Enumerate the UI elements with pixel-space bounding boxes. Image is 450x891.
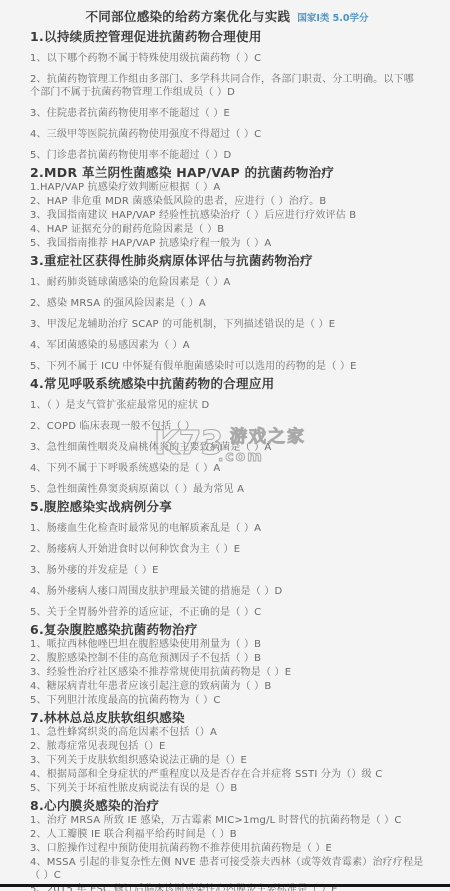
question-line: 2、HAP 非危重 MDR 菌感染低风险的患者，应进行（ ）治疗。B xyxy=(30,195,424,208)
question-line: 1.HAP/VAP 抗感染疗效判断应根据（ ）A xyxy=(30,181,424,194)
question-line: 1、（ ）是支气管扩张症最常见的症状 D xyxy=(30,399,424,412)
section: 3.重症社区获得性肺炎病原体评估与抗菌药物治疗1、耐药肺炎链球菌感染的危险因素是… xyxy=(30,250,424,373)
question-line: 2、腹腔感染控制不佳的高危预测因子不包括（ ）B xyxy=(30,652,424,665)
section-heading: 2.MDR 革兰阴性菌感染 HAP/VAP 的抗菌药物治疗 xyxy=(30,165,424,180)
question-line: 3、住院患者抗菌药物使用率不能超过（ ）E xyxy=(30,107,424,120)
question-line: 5、门诊患者抗菌药物使用率不能超过（ ）D xyxy=(30,149,424,162)
question-line: 3、肠外瘘的并发症是（ ）E xyxy=(30,564,424,577)
question-line: 4、军团菌感染的易感因素为（ ）A xyxy=(30,339,424,352)
question-line: 4、MSSA 引起的非复杂性左侧 NVE 患者可接受萘夫西林（或等效青霉素）治疗… xyxy=(30,856,424,882)
question-line: 1、耐药肺炎链球菌感染的危险因素是（ ）A xyxy=(30,276,424,289)
question-line: 1、以下哪个药物不属于特殊使用级抗菌药物（ ）C xyxy=(30,52,424,65)
question-line: 2、肠瘘病人开始进食时以何种饮食为主（ ）E xyxy=(30,543,424,556)
title-row: 不同部位感染的给药方案优化与实践国家Ⅰ类 5.0学分 xyxy=(30,8,424,26)
question-line: 5、我国指南推荐 HAP/VAP 抗感染疗程一般为（ ）A xyxy=(30,237,424,250)
section-heading: 1.以持续质控管理促进抗菌药物合理使用 xyxy=(30,29,424,44)
question-line: 4、HAP 证据充分的耐药危险因素是（ ）B xyxy=(30,223,424,236)
question-line: 2、COPD 临床表现一般不包括（ ） xyxy=(30,420,424,433)
question-line: 4、根据局部和全身症状的严重程度以及是否存在合并症将 SSTI 分为（）级 C xyxy=(30,768,424,781)
section: 2.MDR 革兰阴性菌感染 HAP/VAP 的抗菌药物治疗1.HAP/VAP 抗… xyxy=(30,162,424,250)
question-line: 1、哌拉西林他唑巴坦在腹腔感染使用剂量为（ ）B xyxy=(30,638,424,651)
question-line: 5、下列关于坏疽性脓皮病说法有误的是（）B xyxy=(30,782,424,795)
section-heading: 4.常见呼吸系统感染中抗菌药物的合理应用 xyxy=(30,376,424,391)
question-line: 4、下列不属于下呼吸系统感染的是（ ）A xyxy=(30,462,424,475)
question-line: 1、急性蜂窝织炎的高危因素不包括（）A xyxy=(30,726,424,739)
exam-answer-page: 不同部位感染的给药方案优化与实践国家Ⅰ类 5.0学分 1.以持续质控管理促进抗菌… xyxy=(0,0,450,891)
question-line: 2、人工瓣膜 IE 联合利福平给药时间是（ ）B xyxy=(30,828,424,841)
section: 5.腹腔感染实战病例分享1、肠瘘血生化检查时最常见的电解质紊乱是（ ）A2、肠瘘… xyxy=(30,496,424,619)
question-line: 3、甲泼尼龙辅助治疗 SCAP 的可能机制，下列描述错误的是（ ）E xyxy=(30,318,424,331)
section-heading: 5.腹腔感染实战病例分享 xyxy=(30,499,424,514)
question-line: 4、肠外瘘病人瘘口周围皮肤护理最关键的措施是（ ）D xyxy=(30,585,424,598)
bottom-divider xyxy=(0,884,450,887)
question-line: 4、糖尿病青壮年患者应该引起注意的致病菌为（ ）B xyxy=(30,680,424,693)
section-heading: 3.重症社区获得性肺炎病原体评估与抗菌药物治疗 xyxy=(30,253,424,268)
section: 6.复杂腹腔感染抗菌药物治疗1、哌拉西林他唑巴坦在腹腔感染使用剂量为（ ）B2、… xyxy=(30,619,424,707)
question-line: 3、下列关于皮肤软组织感染说法正确的是（）E xyxy=(30,754,424,767)
question-line: 3、经验性治疗社区感染不推荐常规使用抗菌药物是（ ）E xyxy=(30,666,424,679)
section-heading: 7.林林总总皮肤软组织感染 xyxy=(30,710,424,725)
question-line: 3、口腔操作过程中预防使用抗菌药物不推荐使用抗菌药物是（ ）E xyxy=(30,842,424,855)
section-heading: 6.复杂腹腔感染抗菌药物治疗 xyxy=(30,622,424,637)
question-line: 5、关于全胃肠外营养的适应证，不正确的是（ ）C xyxy=(30,606,424,619)
section: 4.常见呼吸系统感染中抗菌药物的合理应用1、（ ）是支气管扩张症最常见的症状 D… xyxy=(30,373,424,496)
question-line: 5、下列胆汁浓度最高的抗菌药物为（ ）C xyxy=(30,694,424,707)
question-line: 1、肠瘘血生化检查时最常见的电解质紊乱是（ ）A xyxy=(30,522,424,535)
section: 8.心内膜炎感染的治疗1、治疗 MRSA 所致 IE 感染，万古霉素 MIC>1… xyxy=(30,795,424,891)
question-line: 3、我国指南建议 HAP/VAP 经验性抗感染治疗（ ）后应进行疗效评估 B xyxy=(30,209,424,222)
section: 7.林林总总皮肤软组织感染1、急性蜂窝织炎的高危因素不包括（）A2、脓毒症常见表… xyxy=(30,707,424,795)
question-sections: 1.以持续质控管理促进抗菌药物合理使用1、以下哪个药物不属于特殊使用级抗菌药物（… xyxy=(30,26,424,891)
question-line: 4、三级甲等医院抗菌药物使用强度不得超过（ ）C xyxy=(30,128,424,141)
credit-badge: 国家Ⅰ类 5.0学分 xyxy=(297,13,368,24)
section-heading: 8.心内膜炎感染的治疗 xyxy=(30,798,424,813)
question-line: 5、急性细菌性鼻窦炎病原菌以（ ）最为常见 A xyxy=(30,483,424,496)
page-title: 不同部位感染的给药方案优化与实践 xyxy=(86,9,291,24)
question-line: 1、治疗 MRSA 所致 IE 感染，万古霉素 MIC>1mg/L 时替代的抗菌… xyxy=(30,814,424,827)
question-line: 2、感染 MRSA 的强风险因素是（ ）A xyxy=(30,297,424,310)
question-line: 3、急性细菌性咽炎及扁桃体炎的主要致病菌是（ ）A xyxy=(30,441,424,454)
question-line: 2、脓毒症常见表现包括（）E xyxy=(30,740,424,753)
question-line: 2、抗菌药物管理工作组由多部门、多学科共同合作，各部门职责、分工明确。以下哪个部… xyxy=(30,73,424,99)
question-line: 5、下列不属于 ICU 中怀疑有假单胞菌感染时可以选用的药物的是（ ）E xyxy=(30,360,424,373)
section: 1.以持续质控管理促进抗菌药物合理使用1、以下哪个药物不属于特殊使用级抗菌药物（… xyxy=(30,26,424,162)
